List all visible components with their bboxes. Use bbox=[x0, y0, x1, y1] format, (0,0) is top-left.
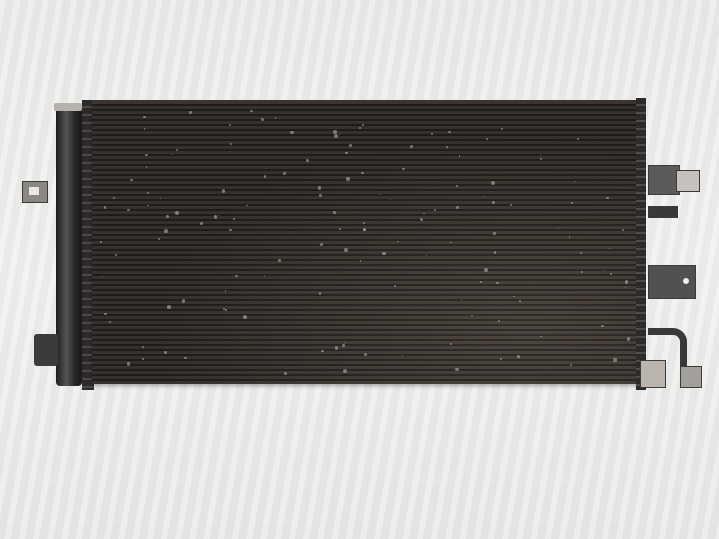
dust-speck bbox=[230, 143, 232, 145]
dust-speck bbox=[145, 154, 147, 156]
tank-cap bbox=[54, 103, 82, 111]
dust-speck bbox=[229, 124, 231, 126]
dust-speck bbox=[625, 280, 628, 283]
left-upper-bracket bbox=[22, 181, 48, 203]
dust-speck bbox=[167, 305, 171, 309]
dust-speck bbox=[200, 222, 203, 225]
dust-speck bbox=[613, 358, 617, 362]
dust-speck bbox=[115, 254, 117, 256]
dust-speck bbox=[164, 351, 167, 354]
dust-speck bbox=[484, 268, 488, 272]
dust-speck bbox=[166, 215, 169, 218]
right-upper-fitting bbox=[676, 170, 700, 192]
dust-speck bbox=[229, 229, 232, 232]
pipe-end-fitting bbox=[680, 366, 702, 388]
dust-speck bbox=[493, 232, 496, 235]
dust-speck bbox=[143, 116, 146, 119]
left-lower-mount bbox=[34, 334, 58, 366]
dust-speck bbox=[491, 181, 495, 185]
dust-speck bbox=[243, 315, 247, 319]
dust-speck bbox=[278, 259, 281, 262]
dust-speck bbox=[343, 369, 347, 373]
dust-speck bbox=[496, 282, 499, 285]
dust-speck bbox=[346, 177, 349, 180]
dust-speck bbox=[446, 146, 448, 148]
dust-speck bbox=[448, 131, 450, 133]
dust-speck bbox=[519, 300, 521, 302]
dust-speck bbox=[363, 222, 365, 224]
dust-speck bbox=[261, 118, 264, 121]
dust-speck bbox=[517, 355, 520, 358]
dust-speck bbox=[571, 202, 573, 204]
dust-speck bbox=[182, 299, 185, 302]
dust-speck bbox=[420, 218, 423, 221]
right-header-tank bbox=[636, 98, 646, 390]
right-clip bbox=[648, 206, 678, 218]
dust-speck bbox=[609, 248, 610, 249]
pipe-block-fitting bbox=[640, 360, 666, 388]
dust-speck bbox=[127, 362, 131, 366]
dust-speck bbox=[540, 158, 542, 160]
dust-speck bbox=[113, 197, 115, 199]
dust-speck bbox=[426, 255, 427, 256]
dust-speck bbox=[500, 358, 502, 360]
dust-speck bbox=[104, 313, 106, 315]
dust-speck bbox=[175, 211, 179, 215]
receiver-drier-tank bbox=[56, 104, 82, 386]
condenser-core bbox=[92, 104, 638, 384]
dust-speck bbox=[349, 144, 352, 147]
dust-speck bbox=[142, 358, 144, 360]
dust-speck bbox=[235, 275, 237, 277]
dust-speck bbox=[334, 134, 338, 138]
dust-speck bbox=[147, 205, 148, 206]
dust-speck bbox=[397, 241, 399, 243]
dust-speck bbox=[333, 211, 336, 214]
dust-speck bbox=[581, 271, 583, 273]
dust-speck bbox=[225, 309, 226, 310]
dust-speck bbox=[450, 242, 451, 243]
dust-speck bbox=[575, 181, 576, 182]
right-middle-bracket bbox=[648, 265, 696, 299]
dust-speck bbox=[225, 290, 226, 291]
dust-speck bbox=[456, 185, 458, 187]
dust-speck bbox=[321, 350, 324, 353]
dust-speck bbox=[214, 215, 217, 218]
dust-speck bbox=[450, 343, 452, 345]
dust-speck bbox=[164, 229, 168, 233]
dust-speck bbox=[344, 248, 348, 252]
dust-speck bbox=[342, 344, 345, 347]
dust-speck bbox=[264, 175, 267, 178]
dust-speck bbox=[362, 124, 364, 126]
dust-speck bbox=[146, 166, 147, 167]
dust-speck bbox=[318, 186, 321, 189]
dust-speck bbox=[455, 368, 459, 372]
dust-speck bbox=[339, 228, 341, 230]
dust-speck bbox=[480, 281, 482, 283]
